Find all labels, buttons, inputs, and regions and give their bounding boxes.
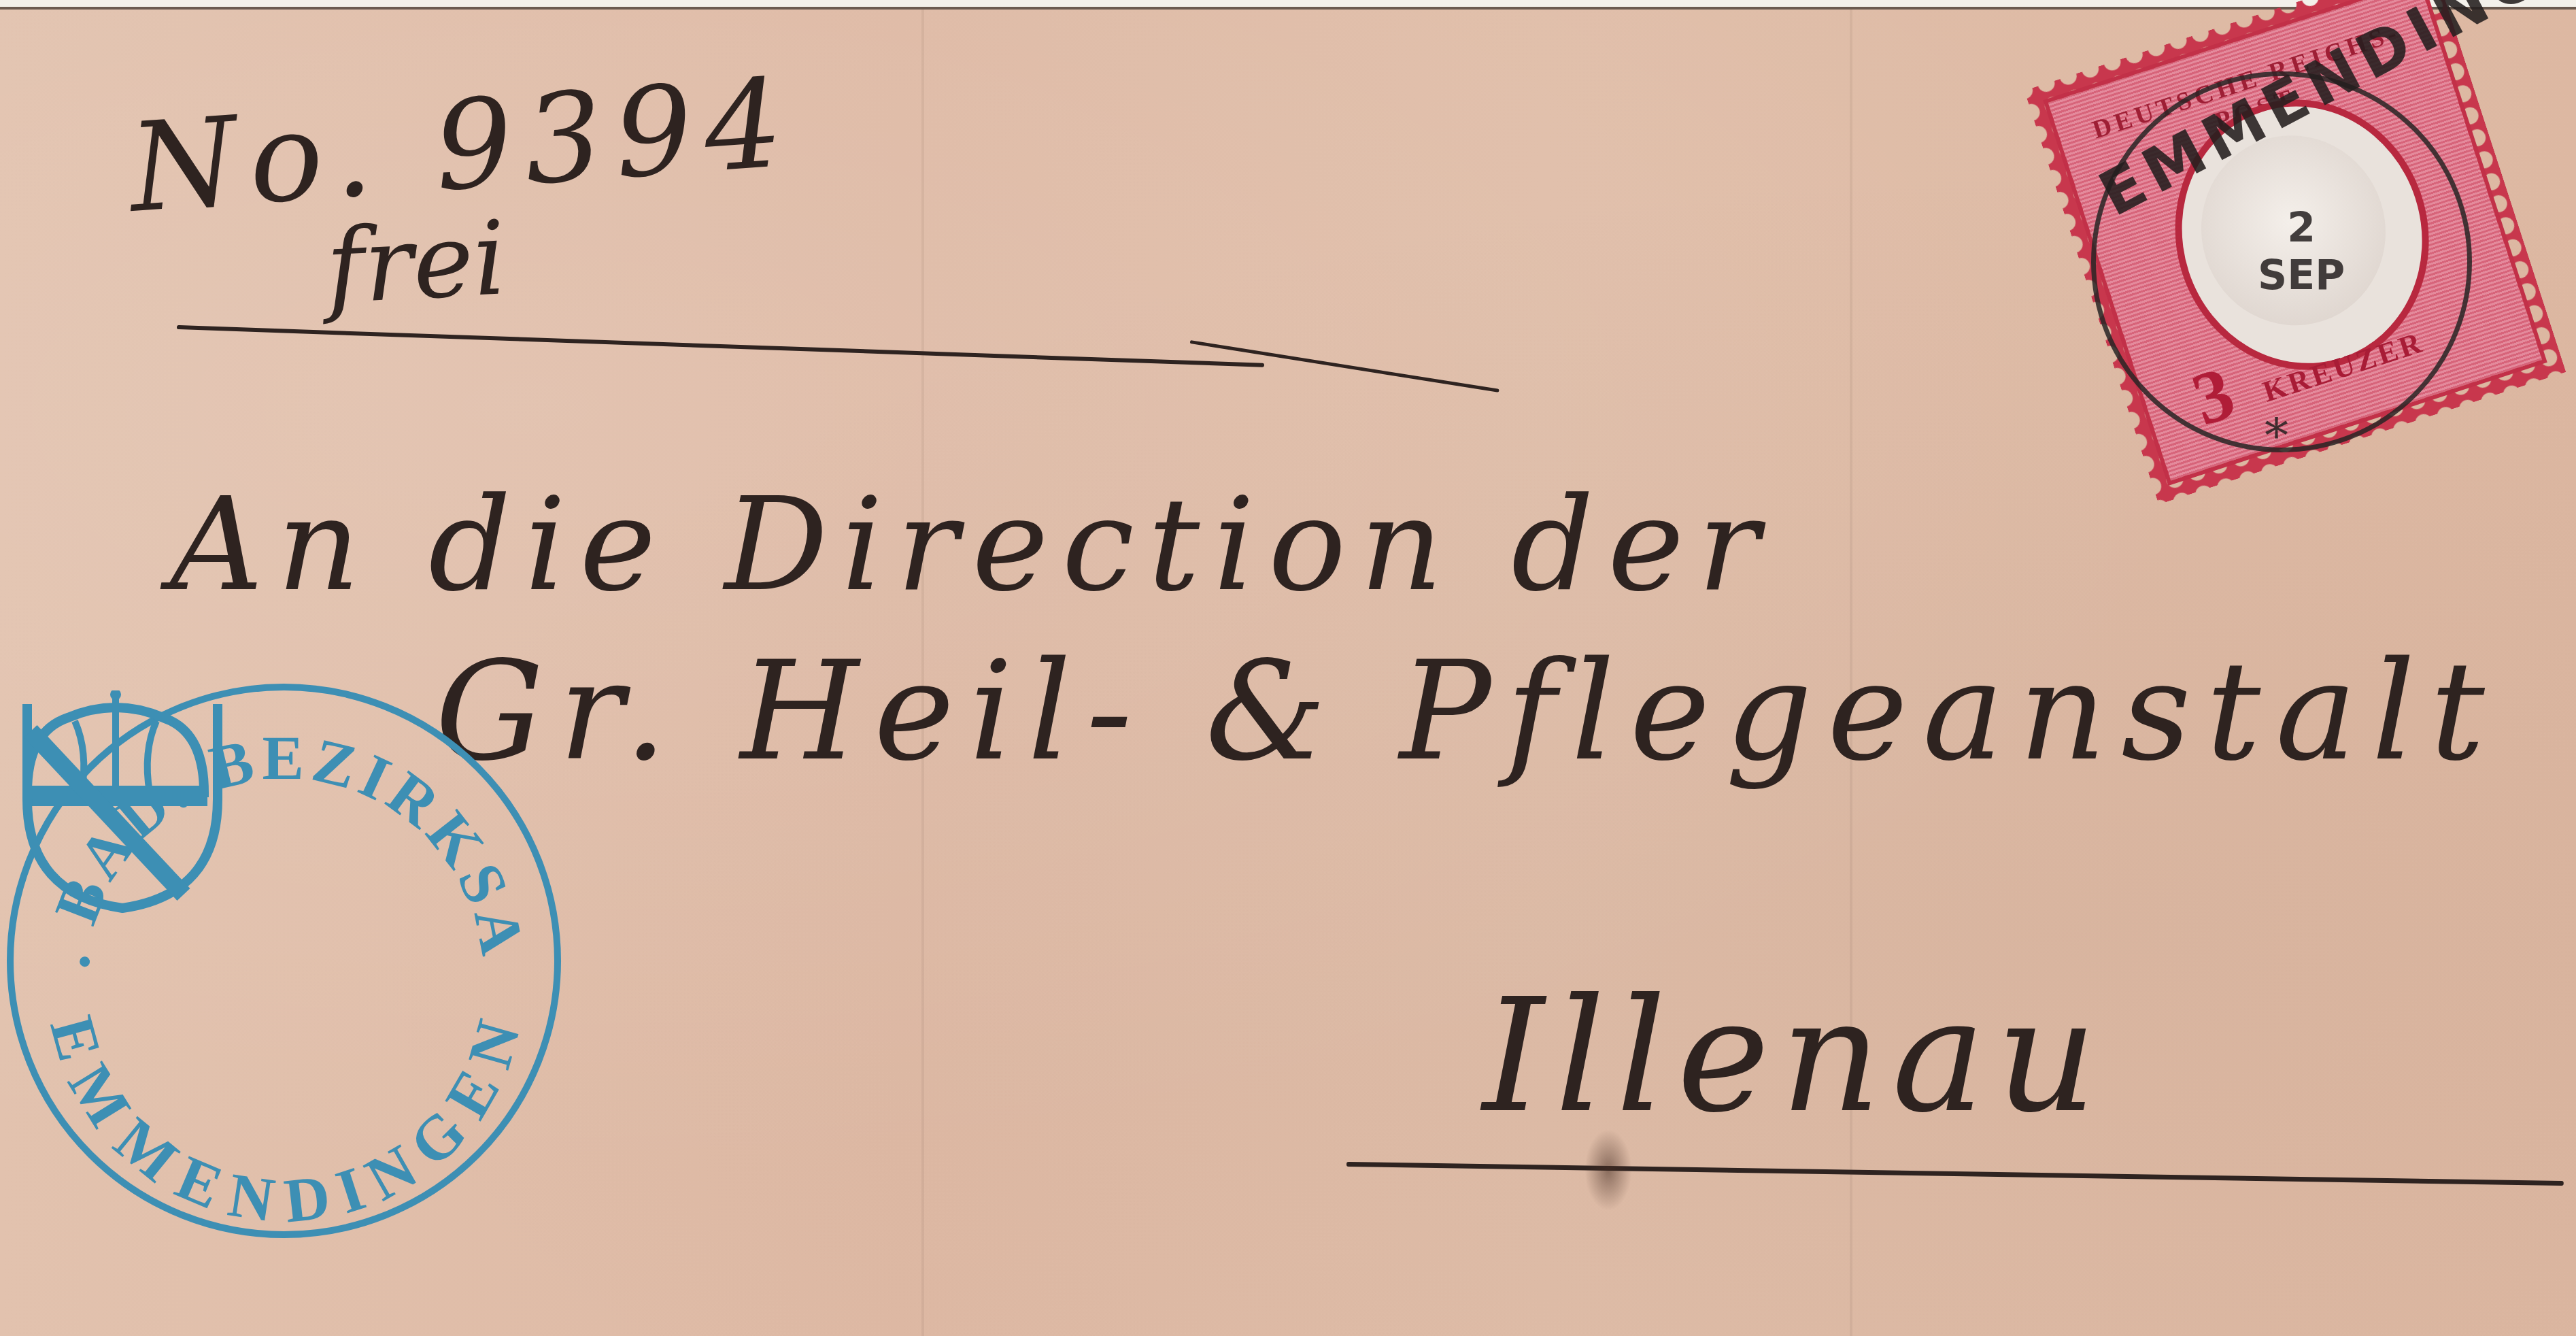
postmark-star-icon: * [2265,408,2288,464]
svg-text:EMMENDINGEN: EMMENDINGEN [37,1009,535,1231]
postmark-day: 2 [2258,204,2345,252]
postmark-date: 2 SEP [2258,204,2345,299]
postage-note: frei [324,199,509,327]
official-seal: GR. BAD. BEZIRKSAMT EMMENDINGEN [7,684,561,1238]
address-line-3: Illenau [1482,966,2107,1148]
seal-bottom-text: EMMENDINGEN [37,1009,535,1231]
address-line-1: An die Direction der [170,469,1773,620]
shield-icon [14,690,231,915]
address-line-2: Gr. Heil- & Pflegeanstalt [435,633,2500,791]
ink-blot [1584,1129,1632,1211]
postmark-month: SEP [2258,252,2345,299]
